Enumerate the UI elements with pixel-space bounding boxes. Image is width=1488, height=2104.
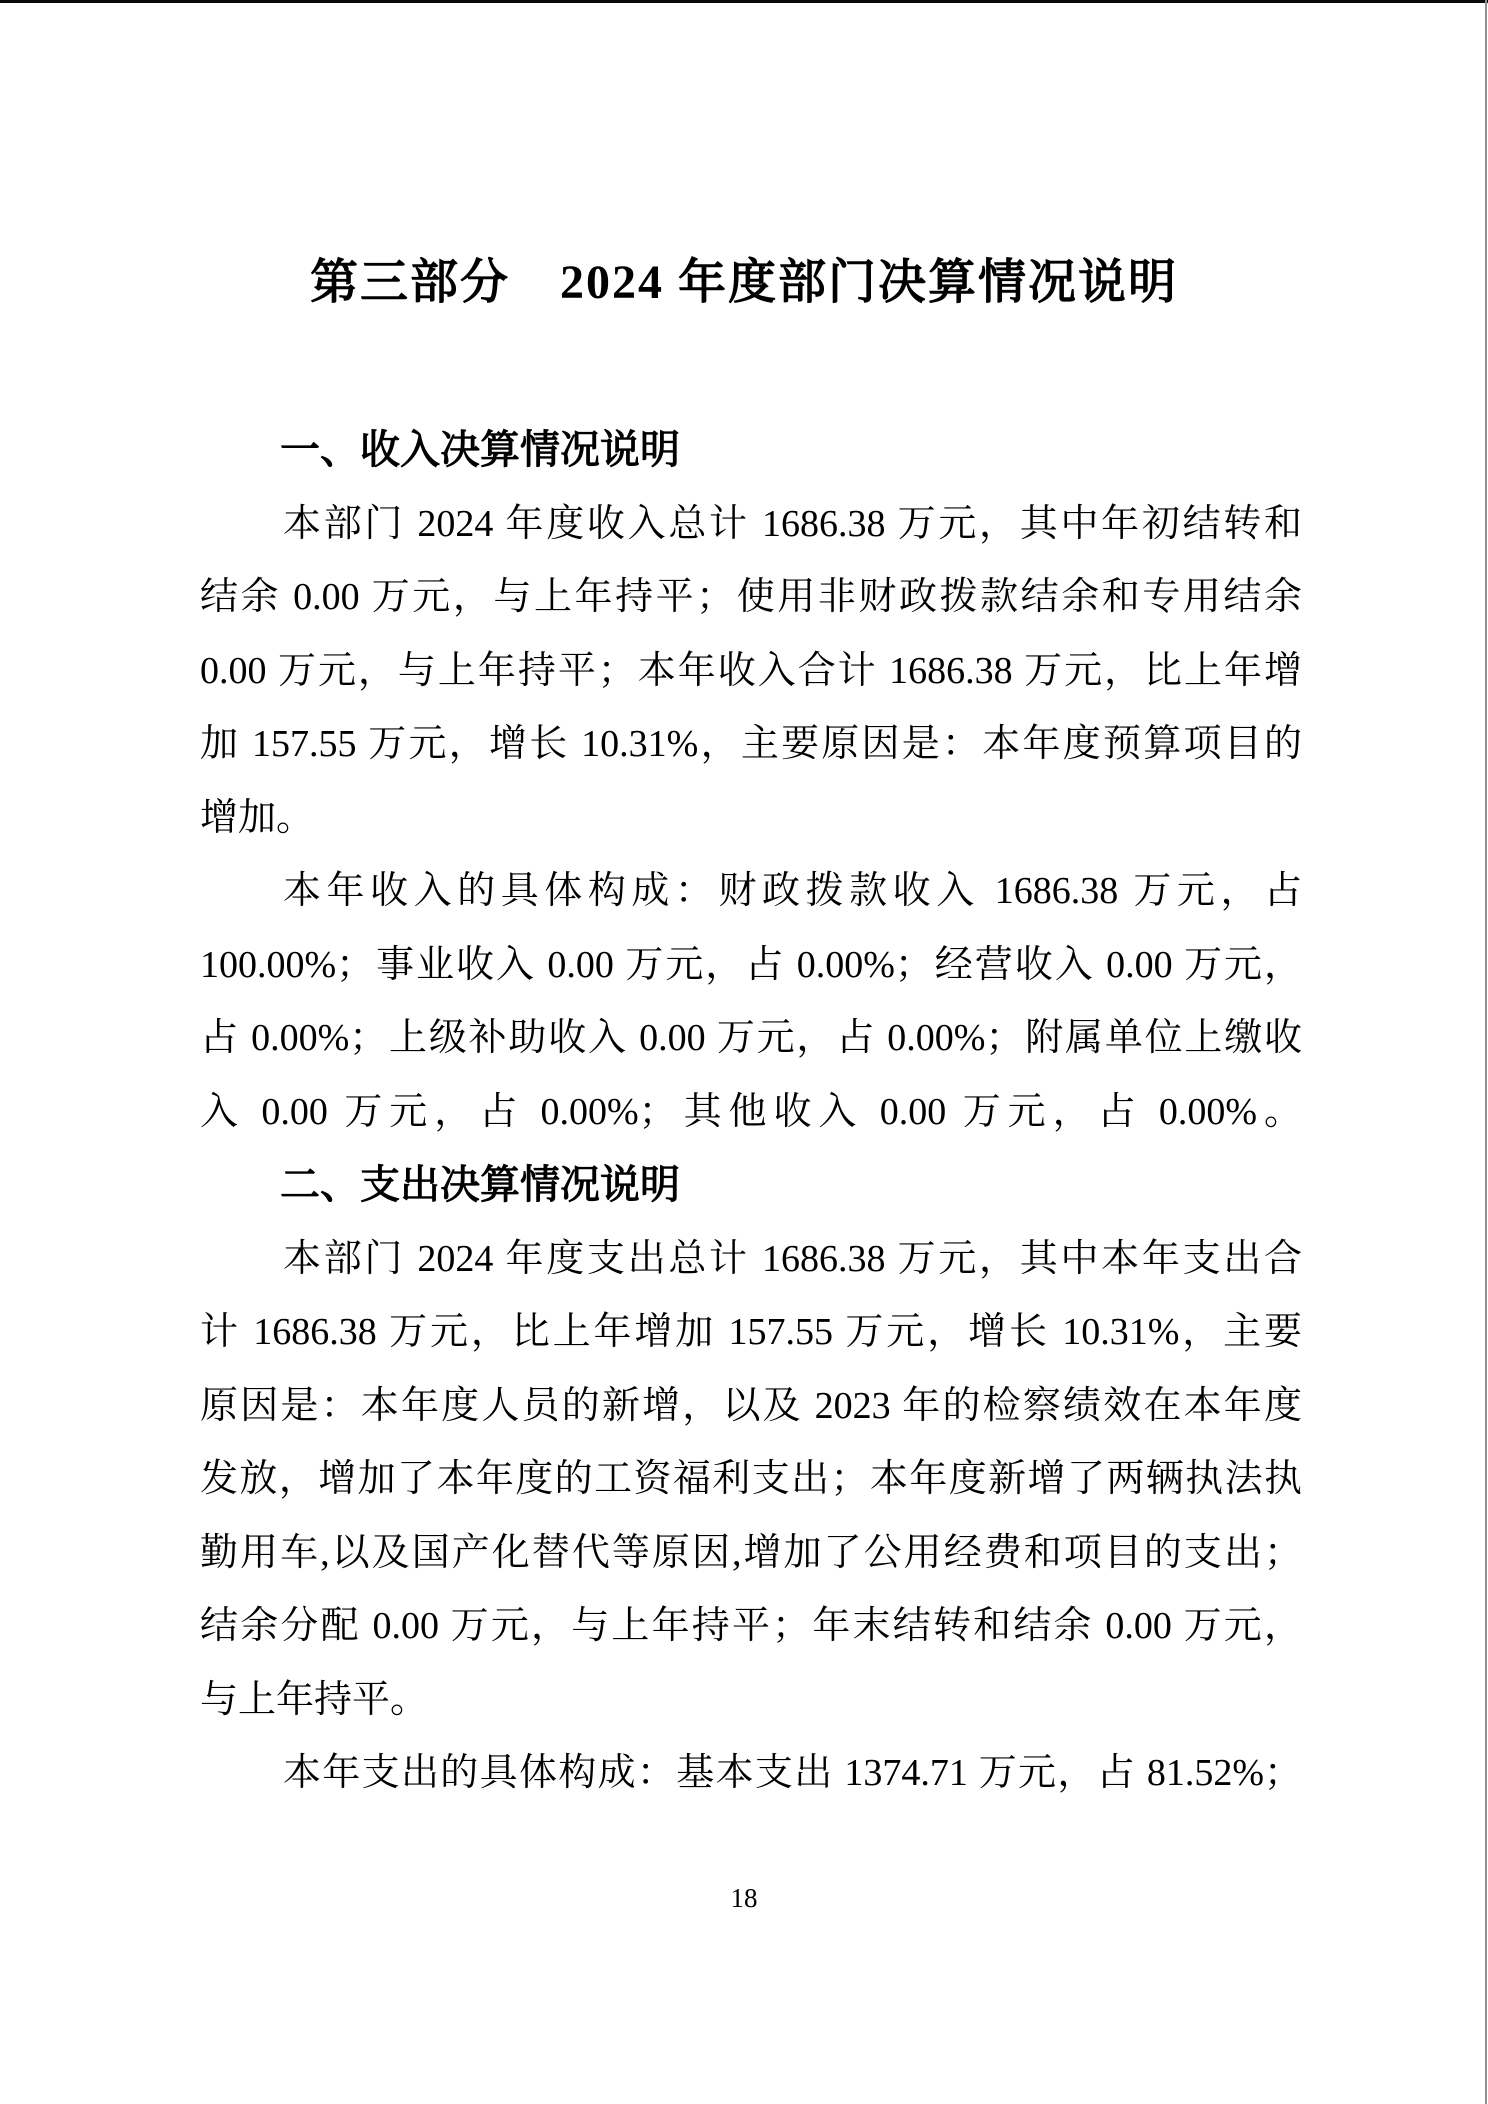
text-line: 100.00%；事业收入 0.00 万元，占 0.00%；经营收入 0.00 万… [200,929,1302,1003]
text-line: 结余 0.00 万元，与上年持平；使用非财政拨款结余和专用结余 [200,561,1302,635]
text-line: 入 0.00 万元，占 0.00%；其他收入 0.00 万元，占 0.00%。 [200,1076,1302,1150]
text-line: 本部门 2024 年度收入总计 1686.38 万元，其中年初结转和 [200,488,1302,562]
text-line: 本年收入的具体构成：财政拨款收入 1686.38 万元，占 [200,855,1302,929]
text-line: 发放，增加了本年度的工资福利支出；本年度新增了两辆执法执 [200,1443,1302,1517]
page-number: 18 [0,1881,1488,1915]
text-line: 计 1686.38 万元，比上年增加 157.55 万元，增长 10.31%，主… [200,1296,1302,1370]
page-title: 第三部分 2024 年度部门决算情况说明 [0,0,1488,314]
text-line: 本部门 2024 年度支出总计 1686.38 万元，其中本年支出合 [200,1223,1302,1297]
text-line: 勤用车,以及国产化替代等原因,增加了公用经费和项目的支出； [200,1517,1302,1591]
text-line: 加 157.55 万元，增长 10.31%，主要原因是：本年度预算项目的 [200,708,1302,782]
text-line: 结余分配 0.00 万元，与上年持平；年末结转和结余 0.00 万元， [200,1590,1302,1664]
top-edge-bar [0,0,1488,3]
text-line: 0.00 万元，与上年持平；本年收入合计 1686.38 万元，比上年增 [200,635,1302,709]
section-heading-expenditure: 二、支出决算情况说明 [200,1149,1302,1223]
document-page: 第三部分 2024 年度部门决算情况说明 一、收入决算情况说明 本部门 2024… [0,0,1488,2104]
text-line: 占 0.00%；上级补助收入 0.00 万元，占 0.00%；附属单位上缴收 [200,1002,1302,1076]
text-line: 增加。 [200,782,1302,856]
section-heading-income: 一、收入决算情况说明 [200,414,1302,488]
text-line: 本年支出的具体构成：基本支出 1374.71 万元，占 81.52%； [200,1737,1302,1811]
text-line: 原因是：本年度人员的新增，以及 2023 年的检察绩效在本年度 [200,1370,1302,1444]
document-body: 一、收入决算情况说明 本部门 2024 年度收入总计 1686.38 万元，其中… [0,414,1488,1811]
text-line: 与上年持平。 [200,1664,1302,1738]
right-edge-line [1485,0,1487,2104]
